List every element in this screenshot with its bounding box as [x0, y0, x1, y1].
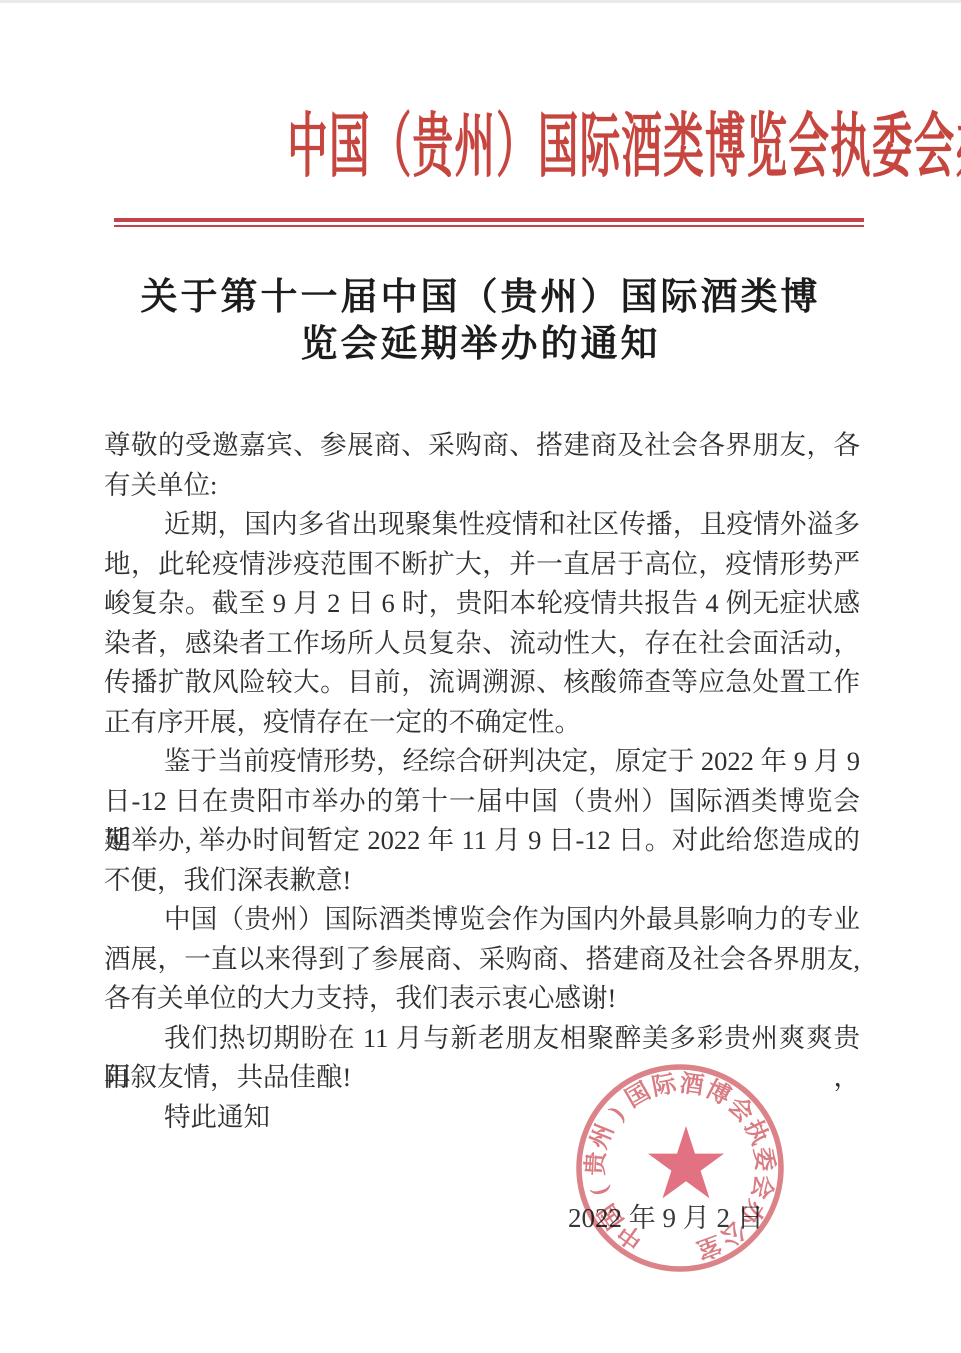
document-body: 尊敬的受邀嘉宾、参展商、采购商、搭建商及社会各界朋友，各有关单位:近期，国内多省…: [104, 426, 860, 1137]
body-line: 特此通知: [104, 1098, 860, 1138]
body-line: 鉴于当前疫情形势，经综合研判决定，原定于 2022 年 9 月 9: [104, 742, 860, 782]
body-line: 尊敬的受邀嘉宾、参展商、采购商、搭建商及社会各界朋友，各: [104, 426, 860, 466]
letterhead-title: 中国（贵州）国际酒类博览会执委会办公室: [287, 100, 961, 196]
document-title-line-2: 览会延期举办的通知: [0, 321, 961, 368]
letterhead-divider: [114, 218, 864, 227]
body-line: 染者，感染者工作场所人员复杂、流动性大，存在社会面活动，: [104, 624, 860, 664]
divider-line-top: [114, 218, 864, 222]
body-line: 峻复杂。截至 9 月 2 日 6 时，贵阳本轮疫情共报告 4 例无症状感: [104, 584, 860, 624]
document-title: 关于第十一届中国（贵州）国际酒类博 览会延期举办的通知: [0, 274, 961, 368]
seal-char: 贵: [581, 1149, 610, 1176]
seal-char: 委: [749, 1146, 778, 1173]
divider-line-bottom: [114, 225, 864, 227]
body-line: 日-12 日在贵阳市举办的第十一届中国（贵州）国际酒类博览会延: [104, 782, 860, 822]
seal-char: 室: [693, 1230, 725, 1264]
body-line: 地，此轮疫情涉疫范围不断扩大，并一直居于高位，疫情形势严: [104, 545, 860, 585]
body-line: 传播扩散风险较大。目前，流调溯源、核酸筛查等应急处置工作: [104, 663, 860, 703]
body-line: 中国（贵州）国际酒类博览会作为国内外最具影响力的专业: [104, 900, 860, 940]
body-line: 酒展，一直以来得到了参展商、采购商、搭建商及社会各界朋友,: [104, 940, 860, 980]
body-line: 期举办, 举办时间暂定 2022 年 11 月 9 日-12 日。对此给您造成的: [104, 821, 860, 861]
body-line: 有关单位:: [104, 466, 860, 506]
body-line: 我们热切期盼在 11 月与新老朋友相聚醉美多彩贵州爽爽贵阳，: [104, 1019, 860, 1059]
letterhead: 中国（贵州）国际酒类博览会执委会办公室: [0, 100, 961, 196]
scanned-notice-page: 中国（贵州）国际酒类博览会执委会办公室 关于第十一届中国（贵州）国际酒类博 览会…: [0, 0, 961, 1353]
body-line: 各有关单位的大力支持，我们表示衷心感谢!: [104, 979, 860, 1019]
scan-edge-artifact: [0, 0, 961, 3]
body-line: 近期，国内多省出现聚集性疫情和社区传播，且疫情外溢多: [104, 505, 860, 545]
body-line: 不便，我们深表歉意!: [104, 861, 860, 901]
body-line: 正有序开展，疫情存在一定的不确定性。: [104, 703, 860, 743]
date-line: 2022 年 9 月 2 日: [568, 1196, 788, 1235]
document-title-line-1: 关于第十一届中国（贵州）国际酒类博: [0, 274, 961, 321]
